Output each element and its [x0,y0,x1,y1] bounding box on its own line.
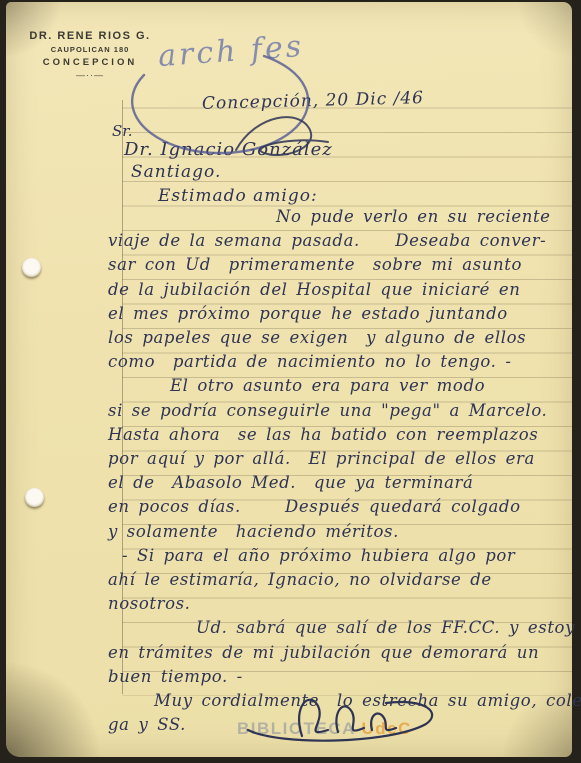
recipient-city: Santiago. [131,162,221,182]
body-line: ahí le estimaría, Ignacio, no olvidarse … [108,568,574,592]
scanned-letter: DR. RENE RIOS G. CAUPOLICAN 180 CONCEPCI… [0,0,581,763]
body-line: en pocos días. Después quedará colgado [108,495,574,519]
body-line: y solamente haciendo méritos. [108,520,574,544]
body-line: Ud. sabrá que salí de los FF.CC. y estoy [108,616,574,640]
signature-flourish [240,686,450,750]
body-line: El otro asunto era para ver modo [108,374,574,398]
body-line: - Si para el año próximo hubiera algo po… [108,544,574,568]
hole-punch-bottom [25,488,44,507]
body-line: el de Abasolo Med. que ya terminará [108,471,574,495]
body-line: por aquí y por allá. El principal de ell… [108,447,574,471]
body-line: de la jubilación del Hospital que inicia… [108,278,574,302]
body-line: si se podría conseguirle una "pega" a Ma… [108,399,574,423]
body-line: el mes próximo porque he estado juntando [108,302,574,326]
body-line: Hasta ahora se las ha batido con reempla… [108,423,574,447]
body-line: viaje de la semana pasada. Deseaba conve… [108,229,574,253]
letter-body: No pude verlo en su reciente viaje de la… [108,205,574,737]
body-line: en trámites de mi jubilación que demorar… [108,641,574,665]
body-line: los papeles que se exigen y alguno de el… [108,326,574,350]
salutation: Estimado amigo: [158,186,318,206]
initials-flourish [228,108,358,170]
body-line: nosotros. [108,592,574,616]
letterhead-name: DR. RENE RIOS G. [24,30,156,42]
body-line: sar con Ud primeramente sobre mi asunto [108,253,574,277]
hole-punch-top [22,258,41,277]
body-line: No pude verlo en su reciente [108,205,574,229]
body-line: como partida de nacimiento no lo tengo. … [108,350,574,374]
